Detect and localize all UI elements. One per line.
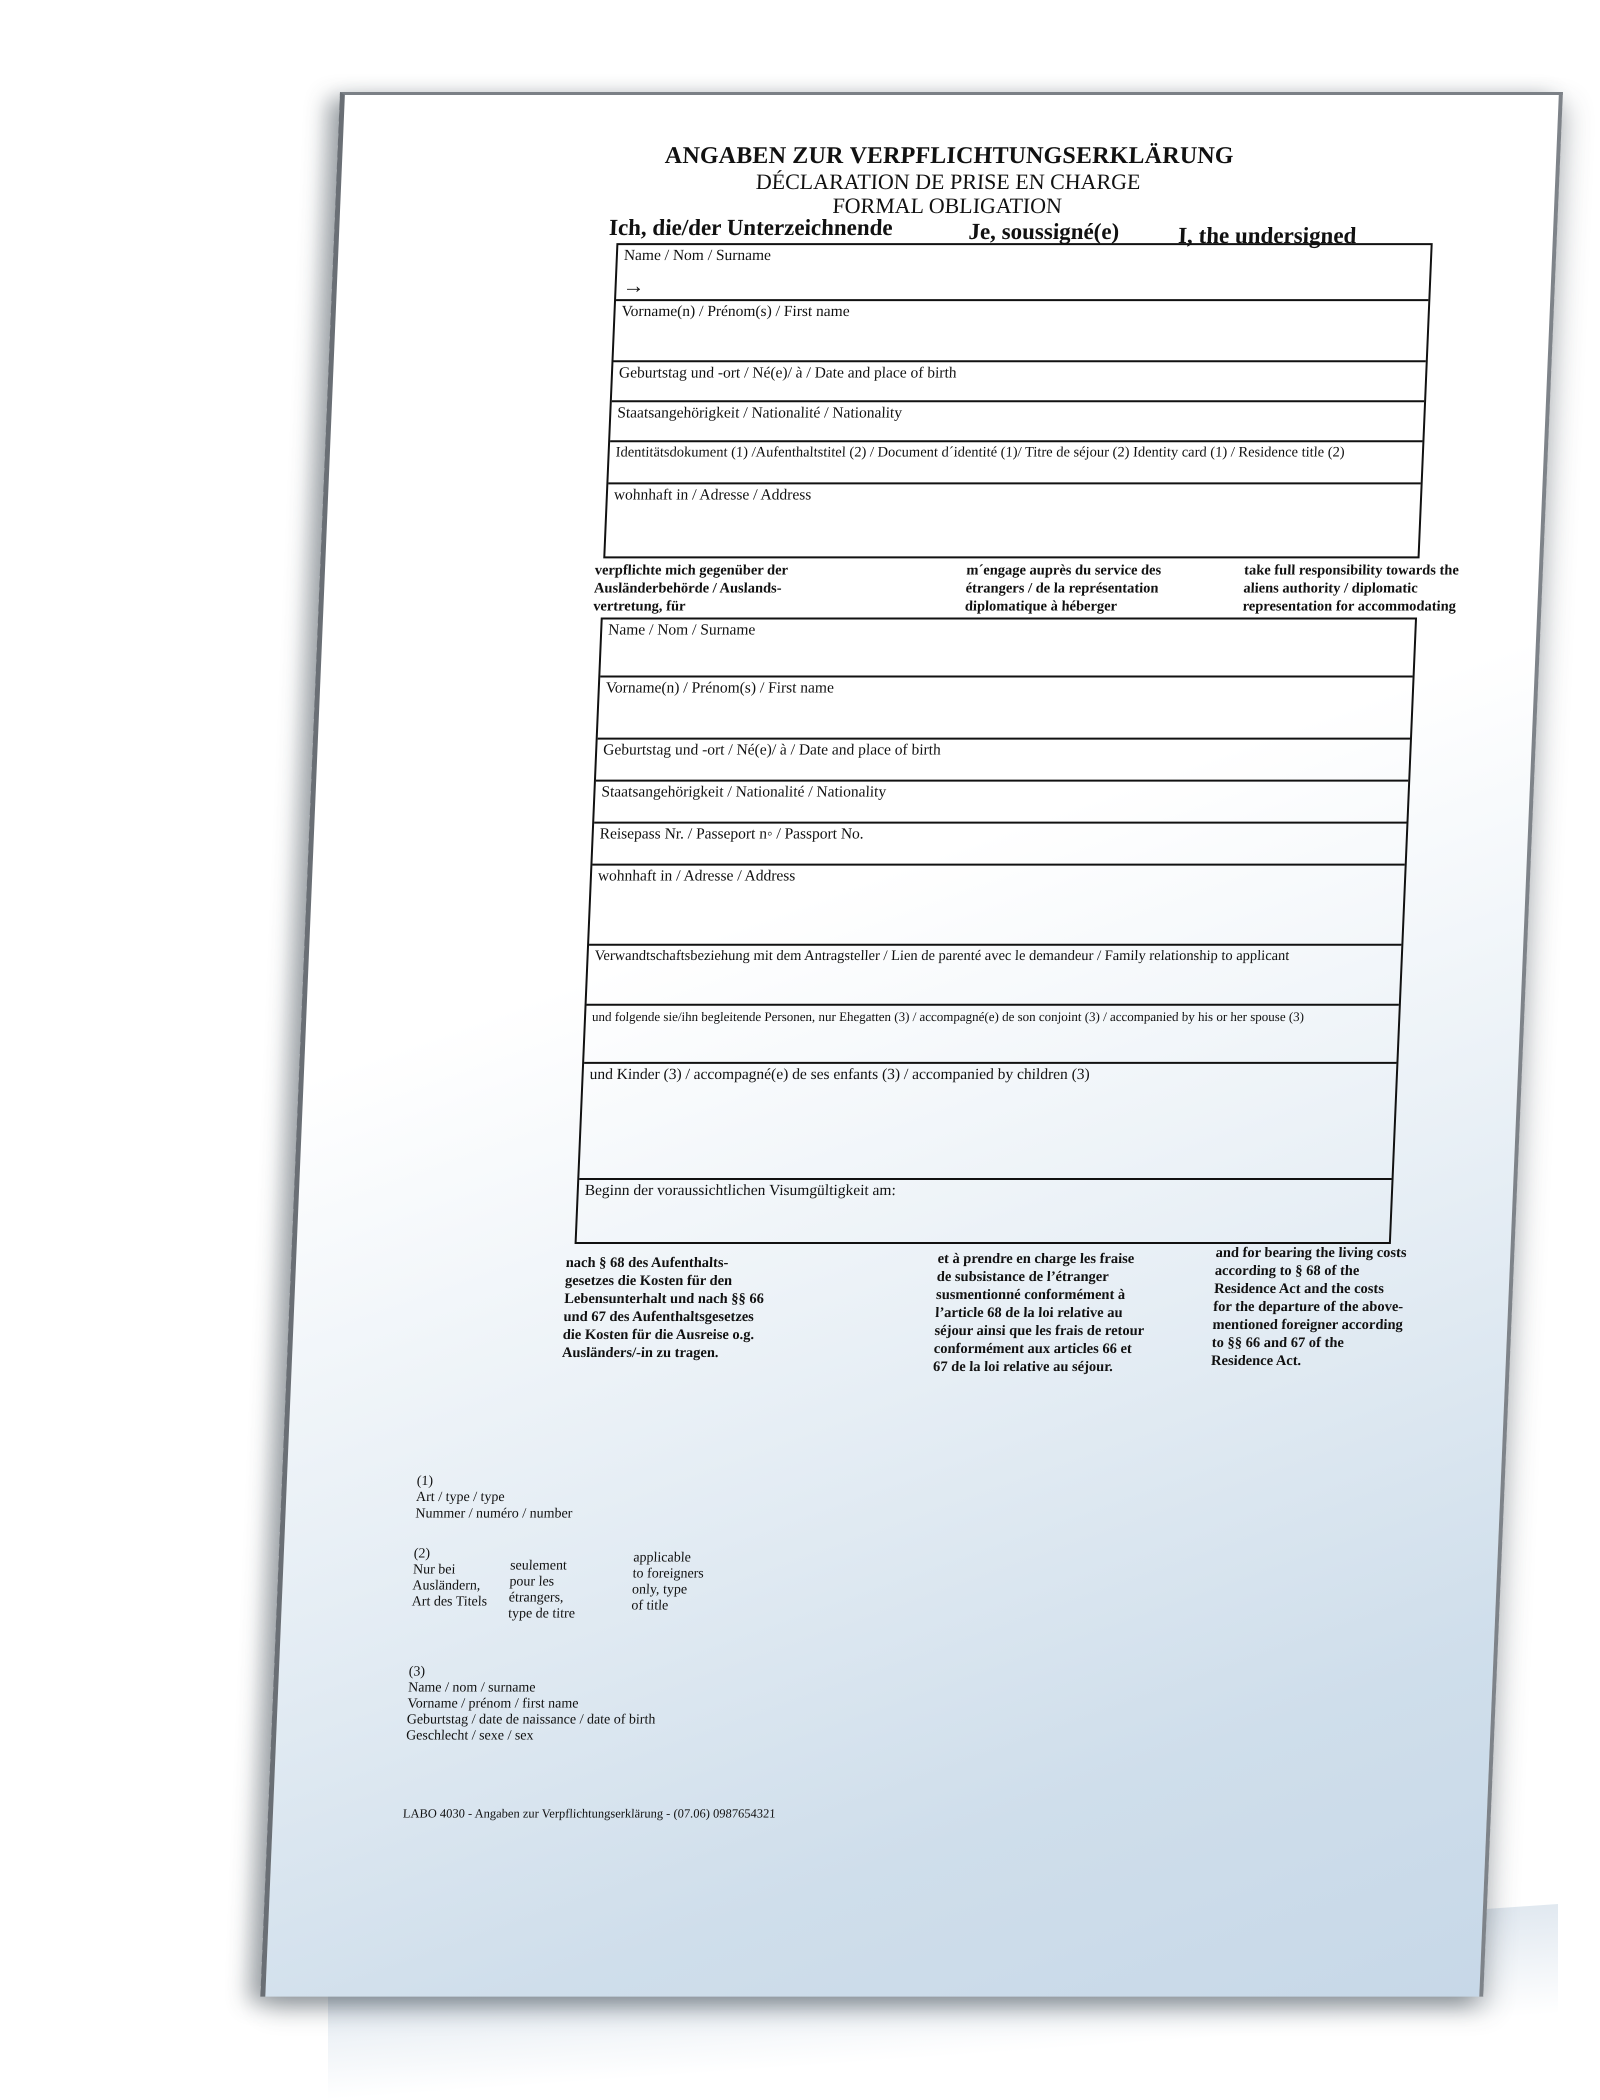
- guest-form: Name / Nom / Surname Vorname(n) / Prénom…: [575, 617, 1417, 1244]
- footnote-marker: (2): [413, 1546, 833, 1562]
- field-surname[interactable]: Name / Nom / Surname →: [616, 245, 1431, 301]
- field-label: wohnhaft in / Adresse / Address: [598, 868, 1399, 885]
- guest-field-children[interactable]: und Kinder (3) / accompagné(e) de ses en…: [579, 1064, 1396, 1180]
- title-french: DÉCLARATION DE PRISE EN CHARGE: [341, 170, 1556, 194]
- field-nationality[interactable]: Staatsangehörigkeit / Nationalité / Nati…: [610, 402, 1424, 442]
- field-label: Name / Nom / Surname: [608, 621, 1409, 638]
- field-label: Staatsangehörigkeit / Nationalité / Nati…: [601, 784, 1402, 801]
- footnote-2-german: Nur bei Ausländern, Art des Titels: [411, 1562, 488, 1610]
- page-sheet: ANGABEN ZUR VERPFLICHTUNGSERKLÄRUNG DÉCL…: [260, 92, 1563, 1997]
- field-label: wohnhaft in / Adresse / Address: [614, 486, 1415, 503]
- obligation-french: m´engage auprès du service des étrangers…: [965, 561, 1227, 615]
- field-first-name[interactable]: Vorname(n) / Prénom(s) / First name: [613, 301, 1428, 362]
- field-label: Name / Nom / Surname: [624, 247, 1425, 264]
- field-birth-date-place[interactable]: Geburtstag und -ort / Né(e)/ à / Date an…: [612, 362, 1426, 402]
- field-label: Beginn der voraussichtlichen Visumgültig…: [584, 1182, 1385, 1199]
- field-label: Geburtstag und -ort / Né(e)/ à / Date an…: [603, 742, 1404, 759]
- field-label: Vorname(n) / Prénom(s) / First name: [621, 303, 1422, 320]
- guest-field-relationship[interactable]: Verwandtschaftsbeziehung mit dem Antrags…: [587, 946, 1402, 1006]
- undersigned-heading: Ich, die/der Unterzeichnende Je, soussig…: [608, 215, 1444, 245]
- footnote-marker: (1): [416, 1474, 574, 1490]
- footnote-marker: (3): [408, 1664, 657, 1680]
- field-label: Vorname(n) / Prénom(s) / First name: [605, 680, 1406, 697]
- footnote-2-french: seulement pour les étrangers, type de ti…: [508, 1558, 577, 1622]
- guest-field-passport-number[interactable]: Reisepass Nr. / Passeport n◦ / Passport …: [592, 824, 1406, 866]
- guest-field-surname[interactable]: Name / Nom / Surname: [600, 619, 1415, 677]
- costs-english: and for bearing the living costs accordi…: [1211, 1244, 1476, 1370]
- arrow-right-icon: →: [622, 275, 645, 297]
- field-label: Geburtstag und -ort / Né(e)/ à / Date an…: [619, 364, 1420, 381]
- field-identity-document[interactable]: Identitätsdokument (1) /Aufenthaltstitel…: [608, 442, 1422, 484]
- field-label: Identitätsdokument (1) /Aufenthaltstitel…: [615, 444, 1416, 461]
- guest-field-spouse[interactable]: und folgende sie/ihn begleitende Persone…: [584, 1006, 1399, 1064]
- document-title: ANGABEN ZUR VERPFLICHTUNGSERKLÄRUNG DÉCL…: [340, 143, 1557, 218]
- obligation-english: take full responsibility towards the ali…: [1242, 561, 1504, 615]
- undersigned-form: Name / Nom / Surname → Vorname(n) / Prén…: [603, 243, 1432, 558]
- costs-german: nach § 68 des Aufenthalts- gesetzes die …: [562, 1254, 826, 1362]
- document-page: ANGABEN ZUR VERPFLICHTUNGSERKLÄRUNG DÉCL…: [260, 92, 1553, 1994]
- field-label: und Kinder (3) / accompagné(e) de ses en…: [589, 1066, 1390, 1083]
- footnote-1: (1) Art / type / type Nummer / numéro / …: [415, 1474, 574, 1522]
- heading-french: Je, soussigné(e): [968, 219, 1120, 245]
- guest-field-visa-start[interactable]: Beginn der voraussichtlichen Visumgültig…: [577, 1180, 1392, 1242]
- field-label: Reisepass Nr. / Passeport n◦ / Passport …: [599, 826, 1400, 843]
- guest-field-address[interactable]: wohnhaft in / Adresse / Address: [589, 866, 1405, 946]
- field-label: und folgende sie/ihn begleitende Persone…: [592, 1008, 1393, 1025]
- form-footer: LABO 4030 - Angaben zur Verpflichtungser…: [403, 1807, 776, 1822]
- obligation-german: verpflichte mich gegenüber der Ausländer…: [593, 561, 855, 615]
- footnote-2: (2) Nur bei Ausländern, Art des Titels s…: [410, 1546, 833, 1636]
- field-label: Verwandtschaftsbeziehung mit dem Antrags…: [594, 948, 1395, 965]
- footnote-3: (3) Name / nom / surname Vorname / préno…: [406, 1664, 658, 1744]
- guest-field-birth-date-place[interactable]: Geburtstag und -ort / Né(e)/ à / Date an…: [596, 740, 1410, 782]
- heading-german: Ich, die/der Unterzeichnende: [609, 215, 894, 241]
- guest-field-nationality[interactable]: Staatsangehörigkeit / Nationalité / Nati…: [594, 782, 1408, 824]
- guest-field-first-name[interactable]: Vorname(n) / Prénom(s) / First name: [598, 678, 1413, 740]
- footnote-text: Name / nom / surname Vorname / prénom / …: [406, 1680, 657, 1744]
- field-label: Staatsangehörigkeit / Nationalité / Nati…: [617, 404, 1418, 421]
- footnote-2-english: applicable to foreigners only, type of t…: [631, 1550, 705, 1614]
- costs-french: et à prendre en charge les fraise de sub…: [933, 1250, 1198, 1376]
- footnote-text: Art / type / type Nummer / numéro / numb…: [415, 1490, 573, 1522]
- field-address[interactable]: wohnhaft in / Adresse / Address: [605, 484, 1420, 556]
- title-german: ANGABEN ZUR VERPFLICHTUNGSERKLÄRUNG: [342, 143, 1557, 170]
